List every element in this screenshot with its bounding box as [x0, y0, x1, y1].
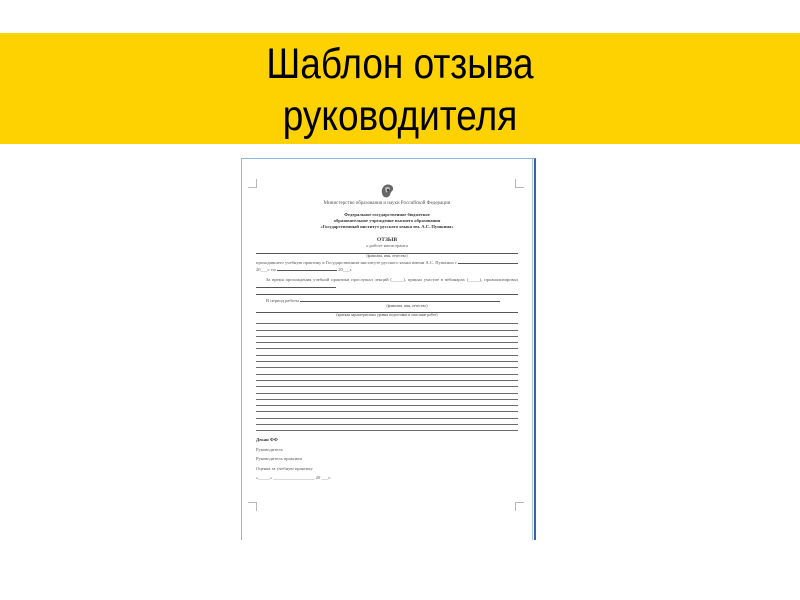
slide-title-line-1: Шаблон отзыва — [56, 38, 744, 90]
crop-mark-bottom-left — [248, 502, 257, 511]
document-page-preview: Министерство образования и науки Российс… — [241, 158, 536, 540]
date-to-blank — [277, 266, 337, 271]
supervisor-label: Руководитель — [256, 447, 518, 453]
analyzed-blank — [256, 283, 336, 288]
document-body: Министерство образования и науки Российс… — [256, 183, 518, 481]
blank-line — [256, 425, 518, 431]
paragraph-work-period: В период работы — [256, 297, 518, 304]
slide-title-line-2: руководителя — [56, 90, 744, 142]
practice-supervisor-label: Руководитель практики — [256, 456, 518, 462]
pushkin-portrait-icon — [378, 183, 396, 199]
grade-label: Оценка за учебную практику — [256, 466, 518, 472]
date-from-blank — [458, 259, 518, 264]
paragraph-practice-period: проходившего учебную практику в Государс… — [256, 259, 518, 273]
ministry-line: Министерство образования и науки Российс… — [256, 201, 518, 207]
paragraph-lectures-text: За время прохождения учебной практики пр… — [266, 277, 518, 282]
blank-line — [256, 294, 518, 295]
dean-label: Декан ФФ — [256, 437, 518, 443]
paragraph-lectures: За время прохождения учебной практики пр… — [256, 277, 518, 290]
slide-title: Шаблон отзыва руководителя — [56, 38, 744, 142]
fio-caption-2: (фамилия, имя, отчество) — [256, 304, 518, 309]
work-period-text: В период работы — [266, 298, 299, 303]
paragraph-practice-mid: 20___г. по — [256, 267, 276, 272]
paragraph-practice-end: 20___г. — [338, 267, 352, 272]
crop-mark-bottom-right — [515, 502, 524, 511]
document-subtitle: о работе магистранта — [256, 243, 518, 249]
org-line-3: «Государственный институт русского языка… — [256, 224, 518, 230]
review-blank-lines — [256, 318, 518, 431]
work-period-blank — [300, 297, 500, 302]
date-line: «_____» __________________ 20 ___г. — [256, 475, 518, 481]
paragraph-practice-text: проходившего учебную практику в Государс… — [256, 260, 457, 265]
